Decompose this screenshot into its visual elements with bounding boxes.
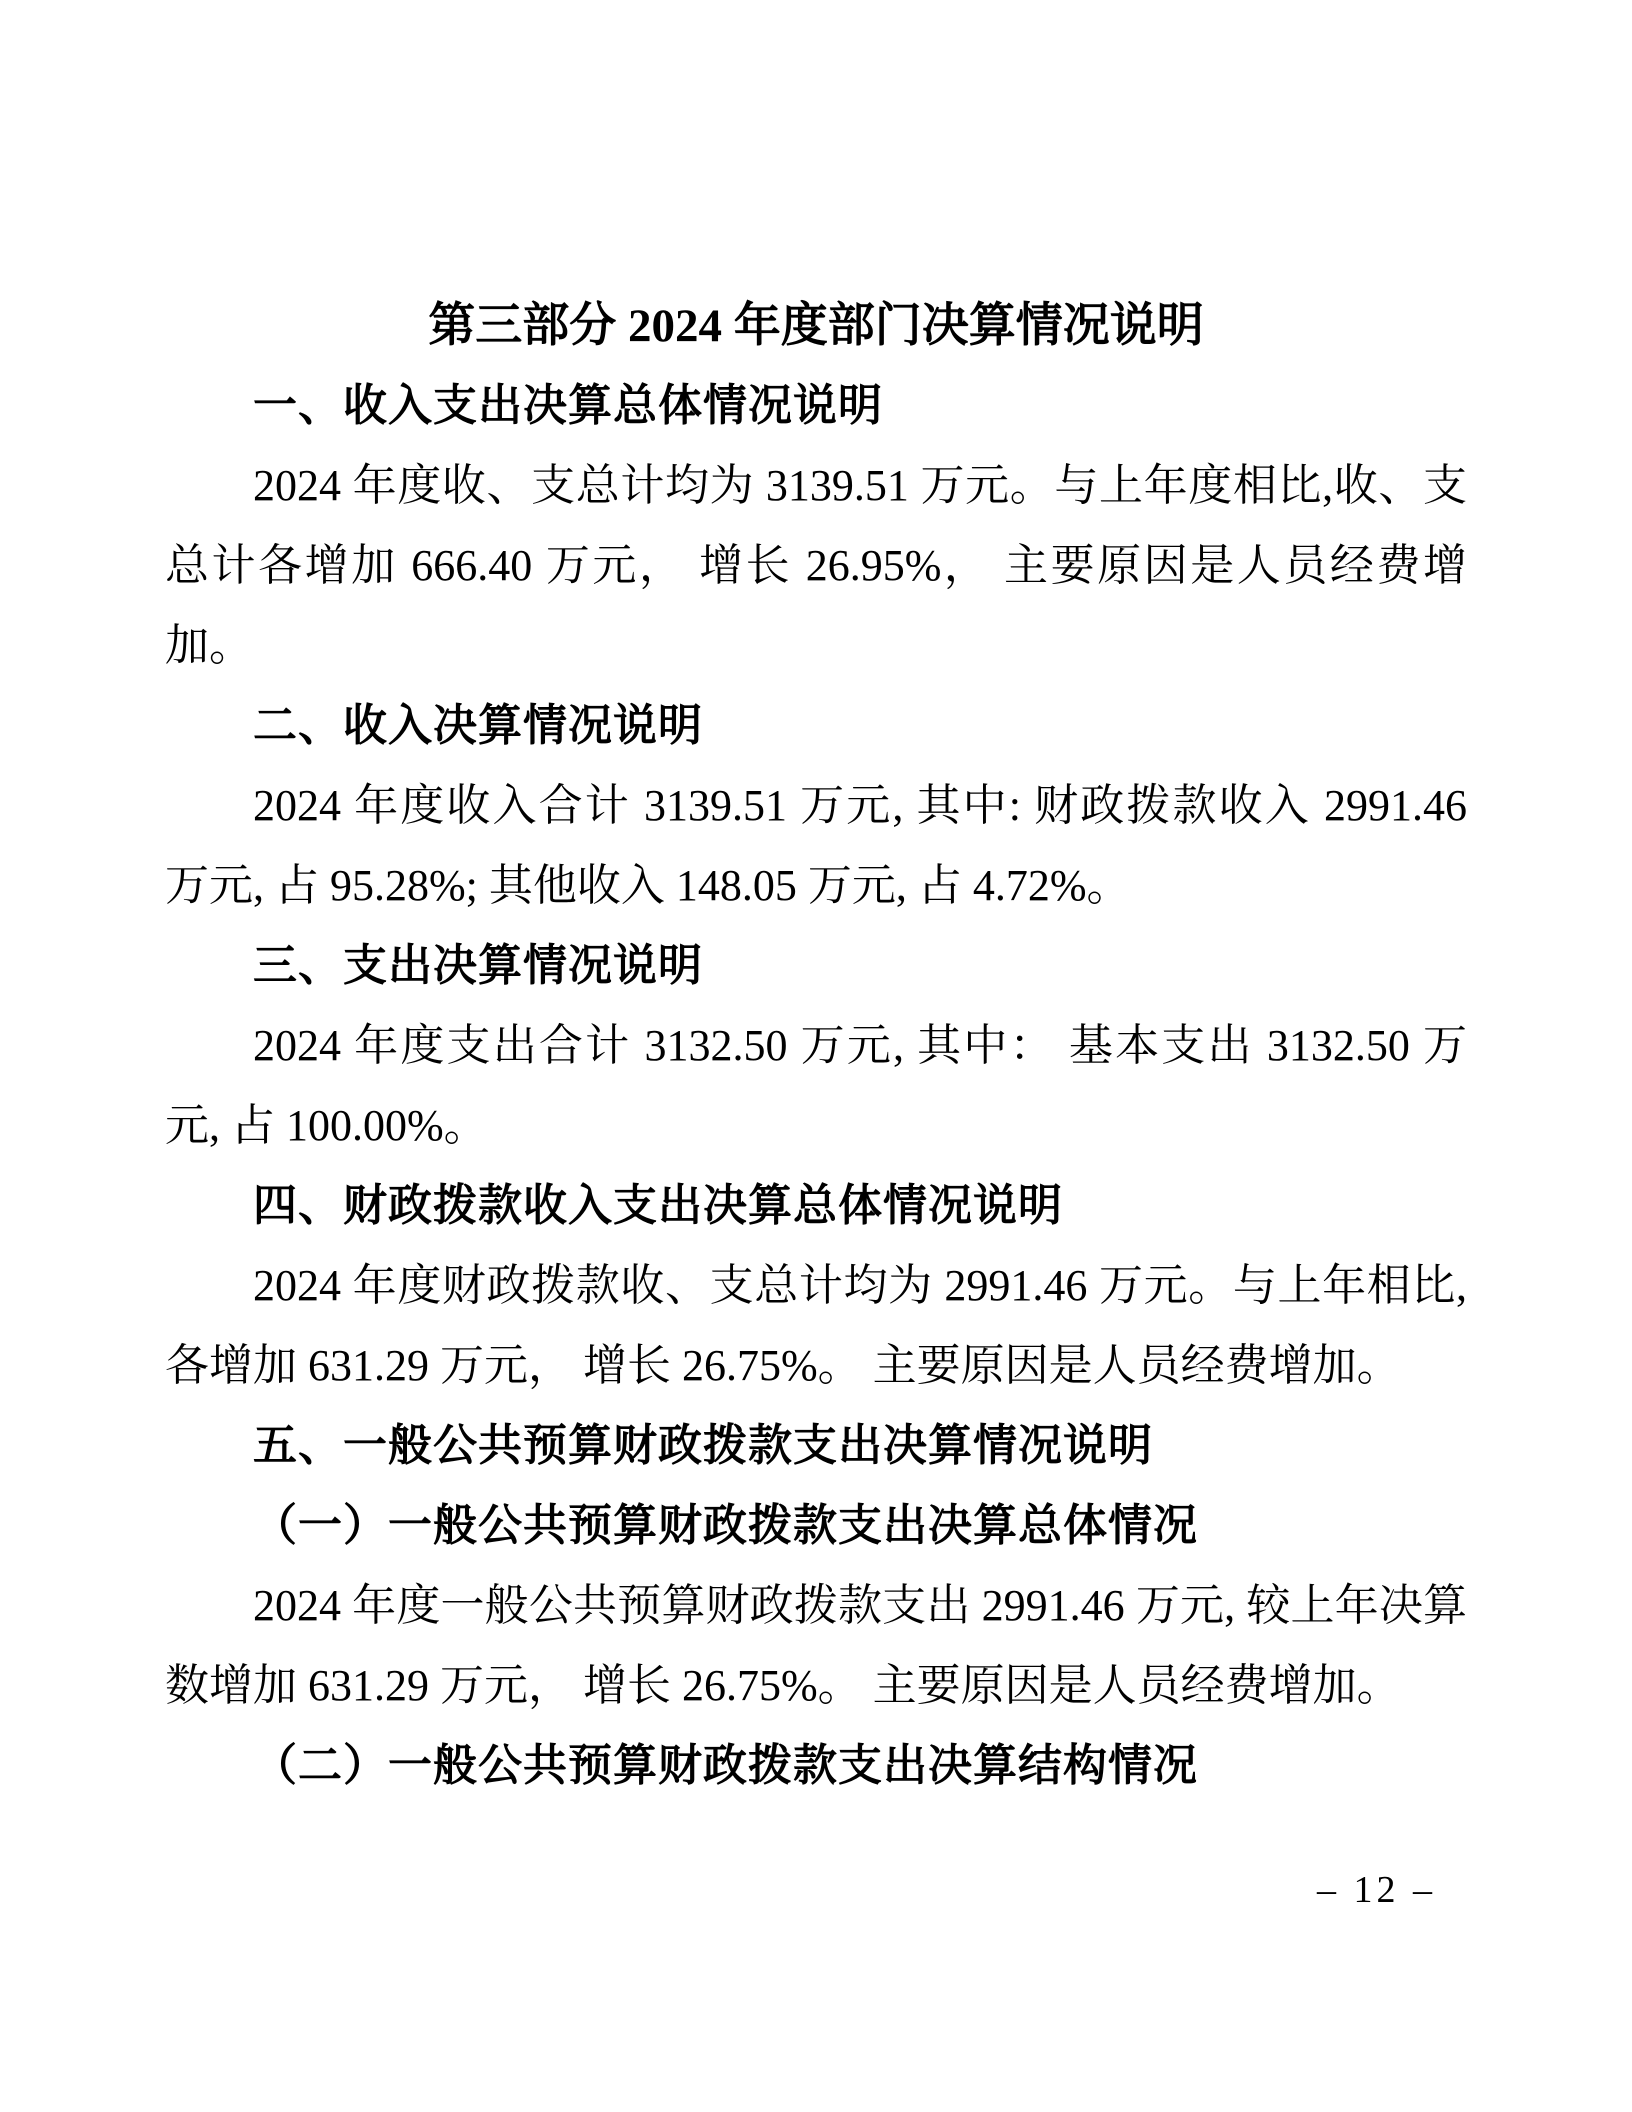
subsection-heading-general-budget-structure: （二）一般公共预算财政拨款支出决算结构情况 <box>165 1726 1467 1806</box>
section-heading-fiscal-appropriation-overview: 四、财政拨款收入支出决算总体情况说明 <box>165 1166 1467 1246</box>
page-number: – 12 – <box>1317 1868 1436 1912</box>
paragraph-expenditure-accounts: 2024 年度支出合计 3132.50 万元, 其中： 基本支出 3132.50… <box>165 1006 1467 1166</box>
paragraph-revenue-expenditure-overview: 2024 年度收、支总计均为 3139.51 万元。与上年度相比,收、支总计各增… <box>165 446 1467 686</box>
paragraph-general-budget-overall: 2024 年度一般公共预算财政拨款支出 2991.46 万元, 较上年决算数增加… <box>165 1566 1467 1726</box>
document-content: 第三部分 2024 年度部门决算情况说明 一、收入支出决算总体情况说明 2024… <box>165 286 1467 1806</box>
paragraph-fiscal-appropriation-overview: 2024 年度财政拨款收、支总计均为 2991.46 万元。与上年相比, 各增加… <box>165 1246 1467 1406</box>
document-page: 第三部分 2024 年度部门决算情况说明 一、收入支出决算总体情况说明 2024… <box>0 0 1632 2112</box>
page-title: 第三部分 2024 年度部门决算情况说明 <box>165 286 1467 366</box>
section-heading-expenditure-accounts: 三、支出决算情况说明 <box>165 926 1467 1006</box>
subsection-heading-general-budget-overall: （一）一般公共预算财政拨款支出决算总体情况 <box>165 1486 1467 1566</box>
paragraph-revenue-accounts: 2024 年度收入合计 3139.51 万元, 其中: 财政拨款收入 2991.… <box>165 766 1467 926</box>
section-heading-revenue-accounts: 二、收入决算情况说明 <box>165 686 1467 766</box>
section-heading-revenue-expenditure-overview: 一、收入支出决算总体情况说明 <box>165 366 1467 446</box>
section-heading-general-public-budget-expenditure: 五、一般公共预算财政拨款支出决算情况说明 <box>165 1406 1467 1486</box>
